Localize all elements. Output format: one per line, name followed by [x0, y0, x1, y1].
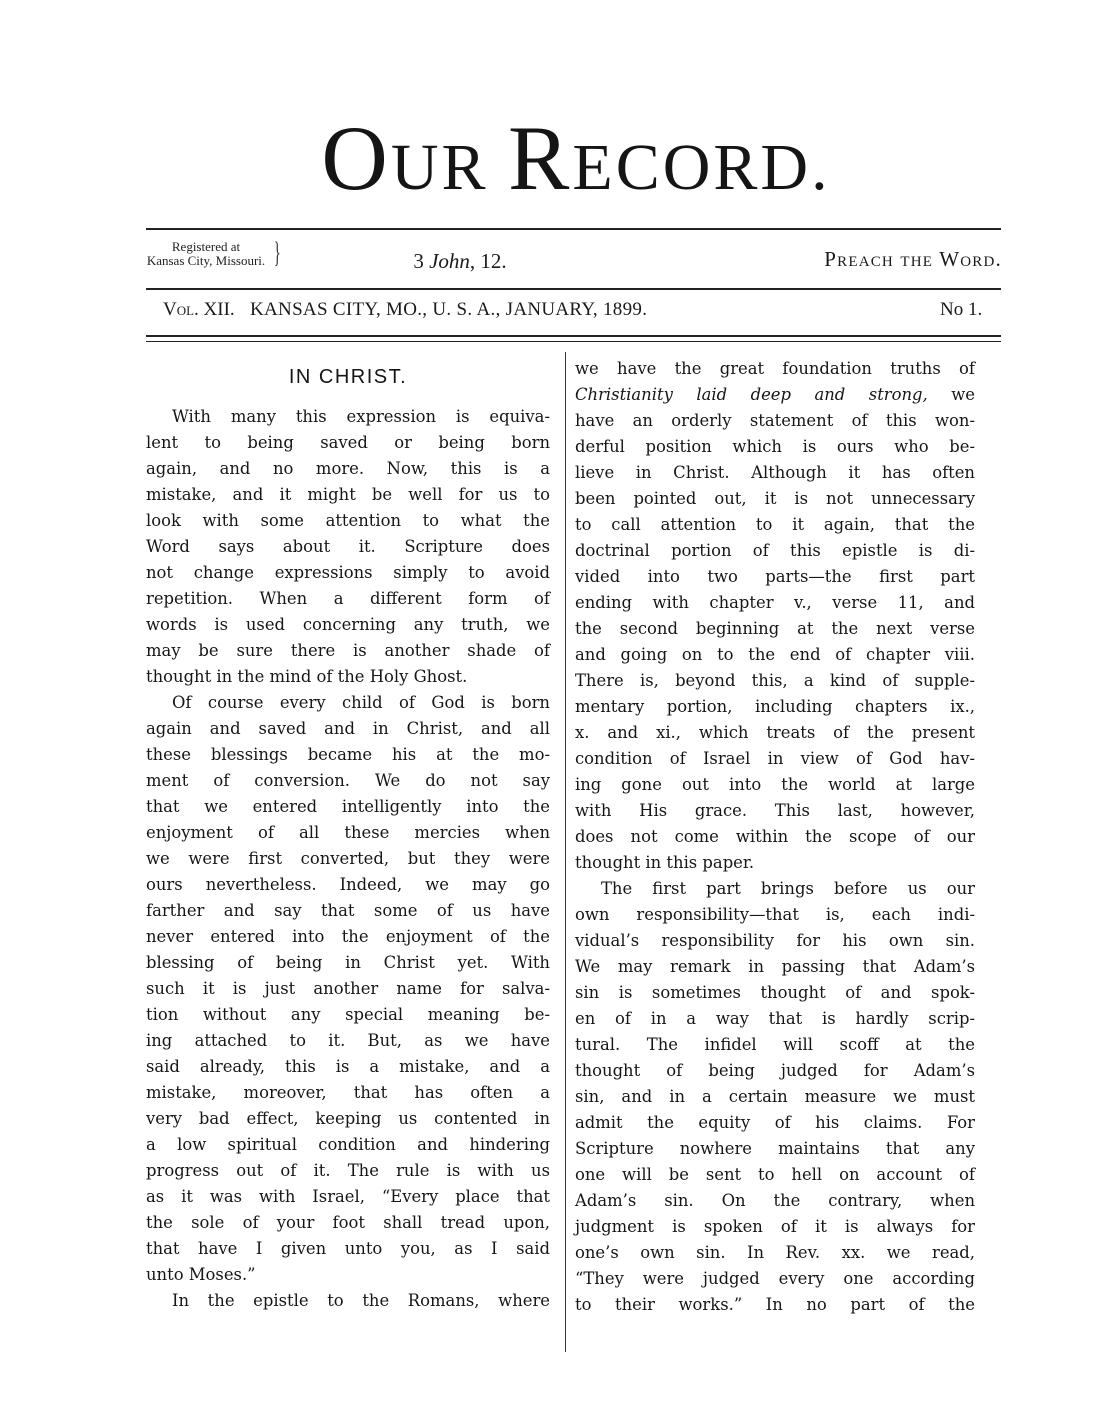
text-line: mistake, and it might be well for us to [146, 482, 550, 508]
title-rest-our: UR [391, 131, 508, 204]
text-line: that have I given unto you, as I said [146, 1236, 550, 1262]
brace-ornament: } [274, 238, 281, 268]
text-line: Christianity laid deep and strong, we [575, 382, 975, 408]
text-line: “They were judged every one according [575, 1266, 975, 1292]
italic-phrase: Christianity laid deep and strong, [575, 385, 928, 404]
text-line: doctrinal portion of this epistle is di- [575, 538, 975, 564]
text-line: look with some attention to what the [146, 508, 550, 534]
text-line: repetition. When a different form of [146, 586, 550, 612]
text-line: The first part brings before us our [575, 876, 975, 902]
text-line: sin is sometimes thought of and spok- [575, 980, 975, 1006]
text-line: vided into two parts—the first part [575, 564, 975, 590]
text-line: In the epistle to the Romans, where [146, 1288, 550, 1314]
text-line: one will be sent to hell on account of [575, 1162, 975, 1188]
text-line: own responsibility—that is, each indi- [575, 902, 975, 928]
text-line: blessing of being in Christ yet. With [146, 950, 550, 976]
text-line: vidual’s responsibility for his own sin. [575, 928, 975, 954]
column-divider [565, 352, 566, 1352]
scripture-ref-verse: , 12. [470, 249, 507, 273]
text-line: we have the great foundation truths of [575, 356, 975, 382]
text-line: with His grace. This last, however, [575, 798, 975, 824]
text-line: one’s own sin. In Rev. xx. we read, [575, 1240, 975, 1266]
motto: Preach the Word. [737, 247, 1002, 272]
text-line: again, and no more. Now, this is a [146, 456, 550, 482]
text-line: unto Moses.” [146, 1262, 550, 1288]
text-line: We may remark in passing that Adam’s [575, 954, 975, 980]
info-rule-bottom [146, 335, 1001, 337]
text-line: lieve in Christ. Although it has often [575, 460, 975, 486]
text-line: very bad effect, keeping us contented in [146, 1106, 550, 1132]
dateline: KANSAS CITY, MO., U. S. A., JANUARY, 189… [250, 299, 647, 321]
title-initial-r: R [508, 107, 572, 209]
issue-number: No 1. [940, 299, 982, 321]
text-line: not change expressions simply to avoid [146, 560, 550, 586]
text-line: and going on to the end of chapter viii. [575, 642, 975, 668]
text-line: these blessings became his at the mo- [146, 742, 550, 768]
text-line: to their works.” In no part of the [575, 1292, 975, 1318]
text-line: may be sure there is another shade of [146, 638, 550, 664]
text-line: tion without any special meaning be- [146, 1002, 550, 1028]
article-title: IN CHRIST. [146, 362, 550, 392]
newspaper-page: OUR RECORD. Registered at Kansas City, M… [0, 0, 1109, 1411]
text-line: derful position which is ours who be- [575, 434, 975, 460]
text-line: have an orderly statement of this won- [575, 408, 975, 434]
masthead-rule-top [146, 228, 1001, 230]
text-line: ment of conversion. We do not say [146, 768, 550, 794]
text-line: as it was with Israel, “Every place that [146, 1184, 550, 1210]
text-line: thought in the mind of the Holy Ghost. [146, 664, 550, 690]
registration-line-1: Registered at [146, 240, 266, 254]
text-line: we were first converted, but they were [146, 846, 550, 872]
right-column-body: we have the great foundation truths ofCh… [575, 356, 975, 1318]
text-line: tural. The infidel will scoff at the [575, 1032, 975, 1058]
text-line: farther and say that some of us have [146, 898, 550, 924]
line-rest: we [928, 385, 975, 404]
text-line: such it is just another name for salva- [146, 976, 550, 1002]
registration-note: Registered at Kansas City, Missouri. [146, 240, 266, 268]
text-line: admit the equity of his claims. For [575, 1110, 975, 1136]
text-line: said already, this is a mistake, and a [146, 1054, 550, 1080]
text-line: lent to being saved or being born [146, 430, 550, 456]
masthead-title: OUR RECORD. [146, 118, 1006, 208]
scripture-ref-book: John [429, 249, 470, 273]
text-line: With many this expression is equiva- [146, 404, 550, 430]
text-line: en of in a way that is hardly scrip- [575, 1006, 975, 1032]
title-rest-record: ECORD. [572, 131, 830, 204]
text-line: There is, beyond this, a kind of supple- [575, 668, 975, 694]
text-line: again and saved and in Christ, and all [146, 716, 550, 742]
text-line: thought of being judged for Adam’s [575, 1058, 975, 1084]
text-line: Of course every child of God is born [146, 690, 550, 716]
text-line: the sole of your foot shall tread upon, [146, 1210, 550, 1236]
left-column-body: With many this expression is equiva-lent… [146, 404, 550, 1314]
text-line: does not come within the scope of our [575, 824, 975, 850]
title-initial-o: O [321, 107, 390, 209]
volume-label: Vol. XII. [163, 299, 235, 321]
info-rule-bottom-double [146, 341, 1001, 342]
text-line: ing gone out into the world at large [575, 772, 975, 798]
info-rule-top [146, 288, 1001, 290]
text-line: that we entered intelligently into the [146, 794, 550, 820]
text-line: thought in this paper. [575, 850, 975, 876]
text-line: enjoyment of all these mercies when [146, 820, 550, 846]
text-line: ending with chapter v., verse 11, and [575, 590, 975, 616]
text-line: a low spiritual condition and hindering [146, 1132, 550, 1158]
text-line: been pointed out, it is not unnecessary [575, 486, 975, 512]
registration-line-2: Kansas City, Missouri. [146, 254, 266, 268]
text-line: to call attention to it again, that the [575, 512, 975, 538]
left-column: IN CHRIST. With many this expression is … [146, 356, 550, 1314]
text-line: sin, and in a certain measure we must [575, 1084, 975, 1110]
text-line: ours nevertheless. Indeed, we may go [146, 872, 550, 898]
text-line: condition of Israel in view of God hav- [575, 746, 975, 772]
text-line: progress out of it. The rule is with us [146, 1158, 550, 1184]
text-line: Adam’s sin. On the contrary, when [575, 1188, 975, 1214]
scripture-ref-number: 3 [413, 249, 424, 273]
text-line: mistake, moreover, that has often a [146, 1080, 550, 1106]
text-line: mentary portion, including chapters ix., [575, 694, 975, 720]
text-line: Word says about it. Scripture does [146, 534, 550, 560]
text-line: never entered into the enjoyment of the [146, 924, 550, 950]
right-column: we have the great foundation truths ofCh… [575, 356, 975, 1318]
scripture-reference: 3 John, 12. [380, 249, 540, 274]
text-line: Scripture nowhere maintains that any [575, 1136, 975, 1162]
text-line: x. and xi., which treats of the present [575, 720, 975, 746]
text-line: the second beginning at the next verse [575, 616, 975, 642]
text-line: ing attached to it. But, as we have [146, 1028, 550, 1054]
text-line: judgment is spoken of it is always for [575, 1214, 975, 1240]
text-line: words is used concerning any truth, we [146, 612, 550, 638]
